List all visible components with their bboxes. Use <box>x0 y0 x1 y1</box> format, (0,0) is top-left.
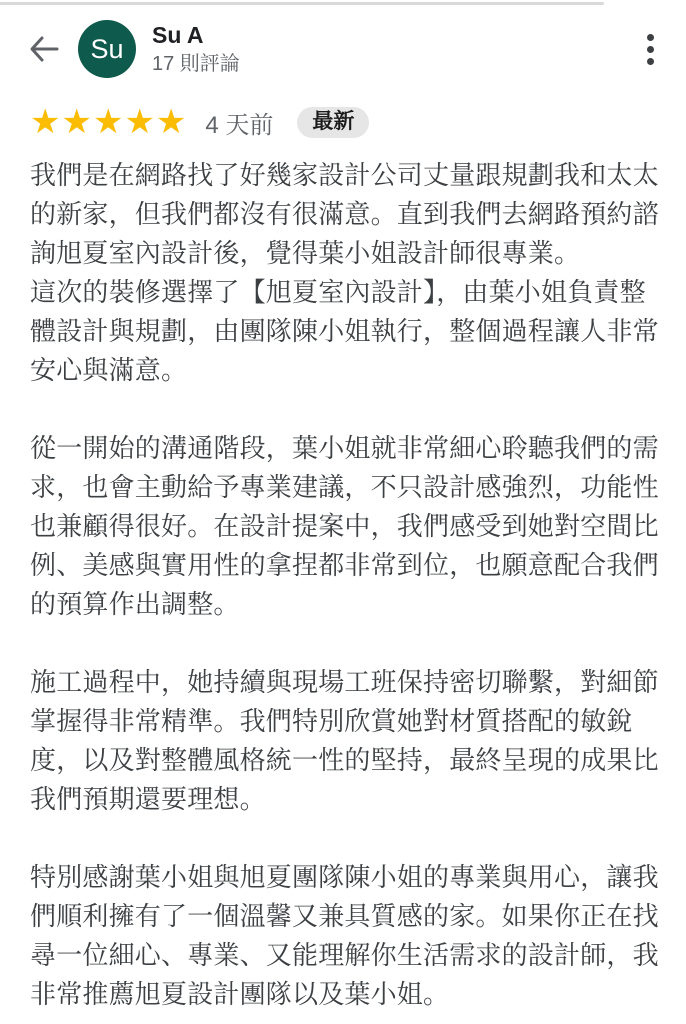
rating-row: ★★★★★ 4 天前 最新 <box>0 104 686 140</box>
newest-badge: 最新 <box>297 107 369 138</box>
reviewer-name: Su A <box>152 21 240 49</box>
kebab-menu-icon <box>647 46 654 53</box>
star-rating: ★★★★★ <box>30 105 187 139</box>
review-date: 4 天前 <box>205 105 273 140</box>
reviewer-review-count: 17 則評論 <box>152 51 240 77</box>
more-options-button[interactable] <box>641 28 660 71</box>
kebab-menu-icon <box>647 58 654 65</box>
back-button[interactable] <box>24 29 64 69</box>
avatar[interactable]: Su <box>78 20 136 78</box>
review-text: 我們是在網路找了好幾家設計公司丈量跟規劃我和太太 的新家，但我們都沒有很滿意。直… <box>30 156 660 1014</box>
avatar-initials: Su <box>90 34 123 65</box>
reviewer-profile[interactable]: Su A 17 則評論 <box>152 21 240 77</box>
back-arrow-icon <box>27 32 61 66</box>
kebab-menu-icon <box>647 34 654 41</box>
review-header: Su Su A 17 則評論 <box>0 0 686 78</box>
